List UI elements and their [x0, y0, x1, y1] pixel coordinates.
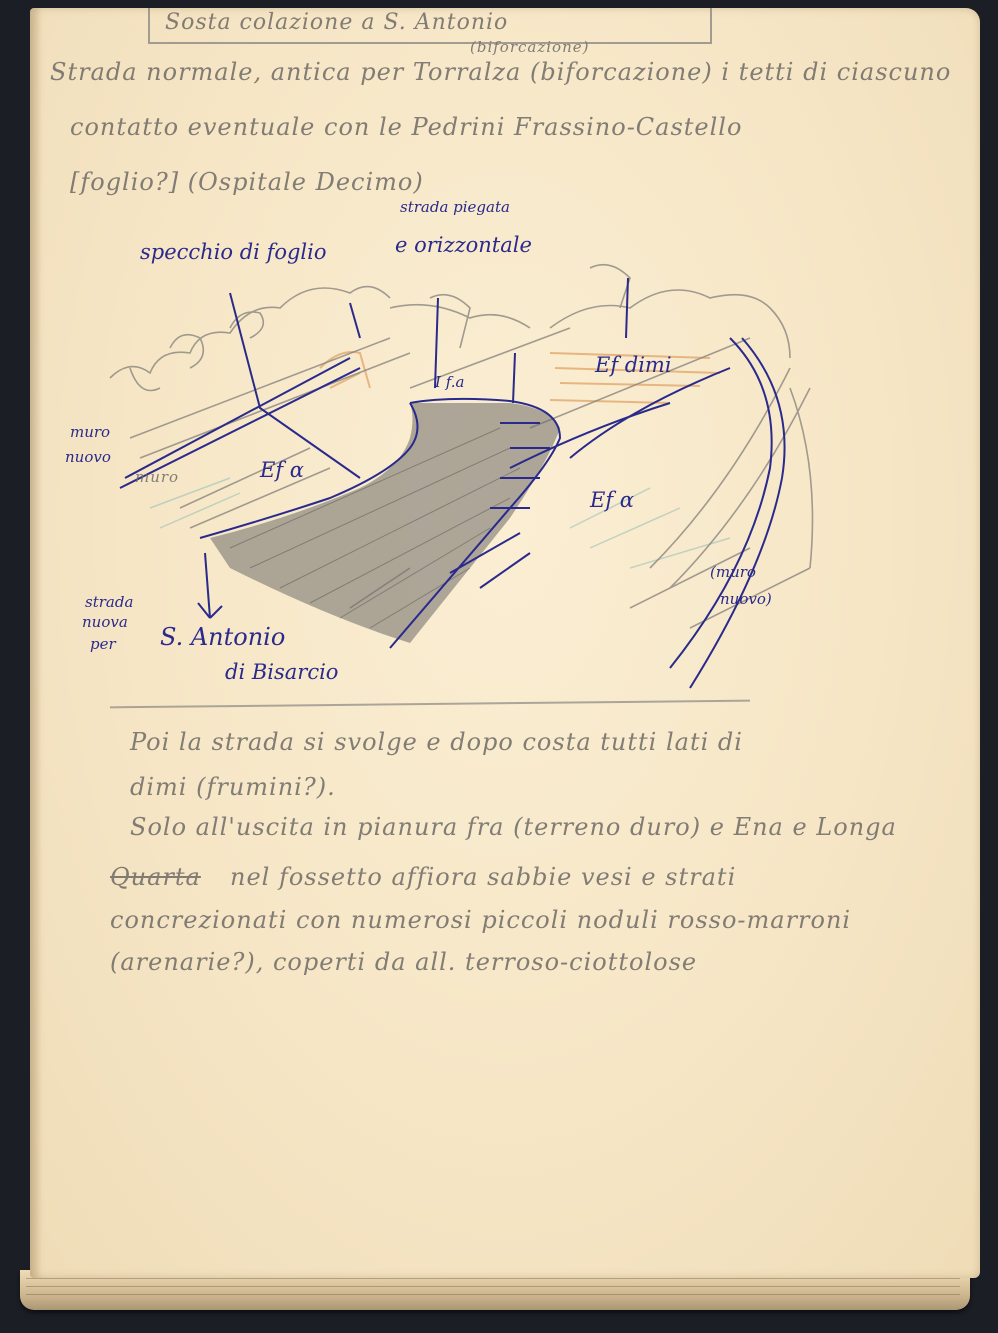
bottom-note-line-1: Poi la strada si svolge e dopo costa tut…	[130, 728, 743, 756]
bottom-note-line-5: concrezionati con numerosi piccoli nodul…	[110, 906, 851, 934]
notebook-page: Sosta colazione a S. Antonio (biforcazio…	[30, 8, 980, 1278]
bottom-note-line-2: dimi (frumini?).	[130, 773, 336, 801]
bottom-note-line-3: Solo all'uscita in pianura fra (terreno …	[130, 813, 897, 841]
label-strada-nuova-1: strada	[85, 593, 133, 611]
landscape-sketch	[30, 8, 980, 728]
label-ef-alpha-right: Ef α	[590, 488, 634, 512]
label-strada-nuova-3: per	[90, 635, 116, 653]
label-strada-nuova-2: nuova	[82, 613, 128, 631]
label-muro-right-1: (muro	[710, 563, 756, 581]
label-muro-left-2: nuovo	[65, 448, 111, 466]
struck-word: Quarta	[110, 863, 201, 891]
road-shading	[210, 403, 560, 643]
label-muro-right-2: nuovo)	[720, 590, 772, 608]
label-destination-2: di Bisarcio	[225, 660, 338, 684]
label-ef-alpha-left: Ef α	[260, 458, 304, 482]
label-road-mark: I f.a	[435, 373, 464, 391]
label-orizzontale: e orizzontale	[395, 233, 532, 257]
label-muro-left-1: muro	[70, 423, 110, 441]
bottom-note-line-4: nel fossetto affiora sabbie vesi e strat…	[230, 863, 736, 891]
label-strada-piegata: strada piegata	[400, 198, 510, 216]
label-muro-pencil: muro	[135, 468, 179, 486]
label-ef-dimi: Ef dimi	[595, 353, 672, 377]
label-specchio-di-foglio: specchio di foglio	[140, 240, 327, 264]
label-destination-1: S. Antonio	[160, 623, 285, 651]
bottom-note-line-6: (arenarie?), coperti da all. terroso-cio…	[110, 948, 697, 976]
